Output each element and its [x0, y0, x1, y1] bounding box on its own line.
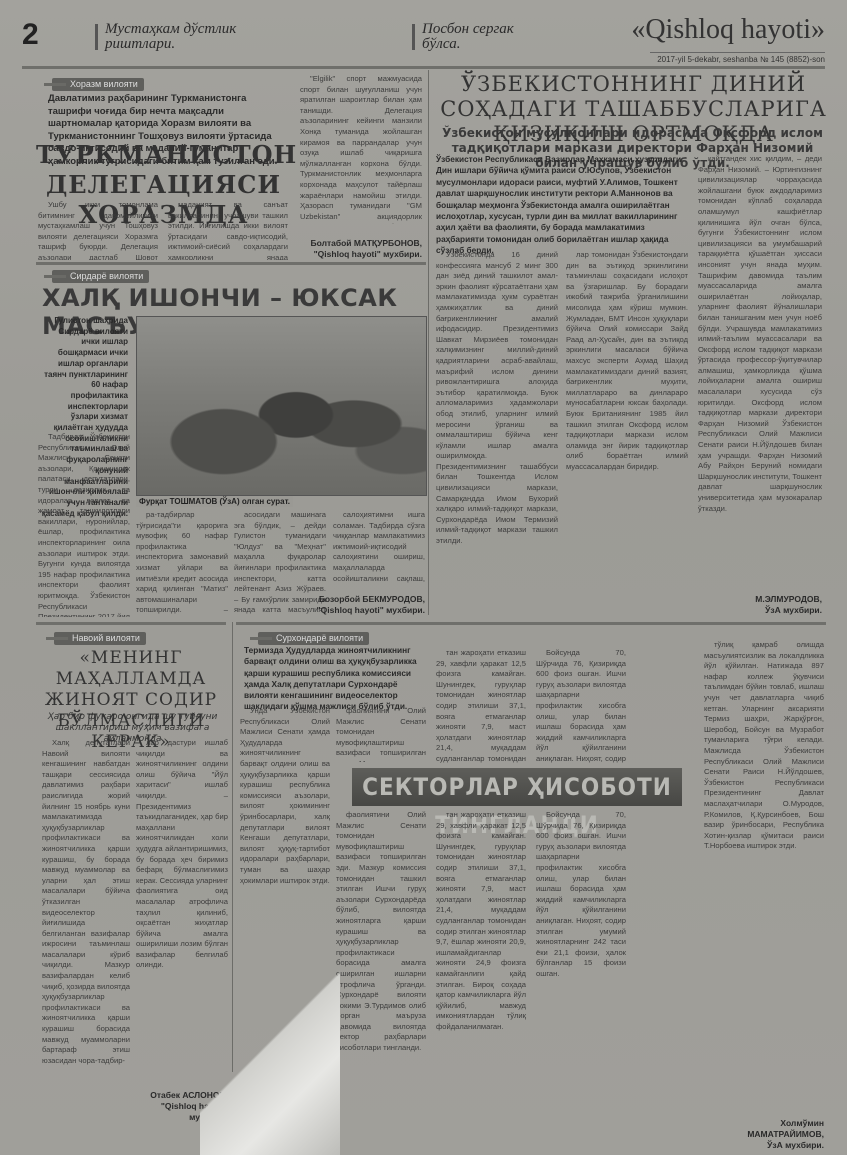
- teaser-link-guard[interactable]: Посбон сергак бўлса.: [412, 22, 522, 52]
- page-number: 2: [22, 18, 39, 52]
- article-byline: Бозорбой БЕКМУРОДОВ, "Qishloq hayoti" му…: [300, 594, 425, 616]
- article-column: ра-тадбирлар тўғрисида"ги қарорига мувоф…: [136, 510, 228, 615]
- article-byline: Болтабой МАТҚУРБОНОВ, "Qishloq hayoti" м…: [300, 238, 422, 260]
- article-text: Бойсунда 70, Шўрчида 76, Қизириқда 600 ф…: [536, 648, 626, 763]
- article-text: маданият ва санъат вакилларининг учрашув…: [168, 200, 288, 260]
- article-column: тан жароҳати етказиш 29, хавфли ҳаракат …: [436, 810, 526, 1110]
- article-text: тўлиқ қамраб олишда масъулиятсизлик ва л…: [704, 640, 824, 852]
- newspaper-title: «Qishloq hayoti»: [631, 14, 825, 46]
- teaser-text: Посбон сергак бўлса.: [422, 21, 514, 52]
- article-text: Тадбирда Ўзбекистон Республикаси Олий Ма…: [38, 432, 130, 617]
- article-text: Унда Ўзбекистон Республикаси Олий Мажлис…: [240, 706, 330, 886]
- article-text: Халқ депутатлари Навоий вилояти кенгашин…: [42, 738, 130, 1066]
- issue-date-line: 2017-yil 5-dekabr, seshanba № 145 (8852)…: [650, 52, 825, 64]
- article-text: "Elgilik" спорт мажмуасида спорт билан ш…: [300, 74, 422, 224]
- article-text: Ушбу икки томонлама битимнинг давомийлиг…: [38, 200, 158, 260]
- byline-role: "Qishloq hayoti" мухбири.: [300, 605, 425, 616]
- byline-role: ЎзА мухбири.: [704, 1140, 824, 1151]
- article-text: тан жароҳати етказиш 29, хавфли ҳаракат …: [436, 810, 526, 1032]
- teaser-text: Мустаҳкам дўстлик риштлари.: [105, 21, 236, 52]
- article-column: Тадбирда Ўзбекистон Республикаси Олий Ма…: [38, 432, 130, 617]
- article-byline: М.ЭЛМУРОДОВ, ЎзА мухбири.: [698, 594, 822, 616]
- byline-author: Бозорбой БЕКМУРОДОВ,: [300, 594, 425, 605]
- article-photo: [136, 316, 427, 496]
- article-column: тан жароҳати етказиш 29, хавфли ҳаракат …: [436, 648, 526, 763]
- byline-role: ЎзА мухбири.: [698, 605, 822, 616]
- section-tag-syrdarya: Сирдарё вилояти: [52, 270, 149, 283]
- article-column: фаолиятини Олий Мажлис Сенати томонидан …: [336, 810, 426, 1110]
- article-text: тан жароҳати етказиш 29, хавфли ҳаракат …: [436, 648, 526, 763]
- article-text: салоҳиятимни ишга соламан. Тадбирда сўзг…: [333, 510, 425, 585]
- article-text: Бойсунда 70, Шўрчида 76, Қизириқда 600 ф…: [536, 810, 626, 980]
- article-lead-religion: Ўзбекистон Республикаси Вазирлар Маҳкама…: [436, 154, 692, 257]
- article-column: тўлиқ қамраб олишда масъулиятсизлик ва л…: [704, 640, 824, 1110]
- headline-banner-surkhandarya: СЕКТОРЛАР ҲИСОБОТИ ТИНГЛАНДИ: [352, 768, 682, 806]
- article-column: Халқ депутатлари Навоий вилояти кенгашин…: [42, 738, 130, 1113]
- section-divider: [36, 262, 426, 265]
- article-text: қайтгандек хис қилдим, – деди Фарҳан Низ…: [698, 154, 822, 514]
- article-text: Ўзбекистонда 16 диний конфессияга мансуб…: [436, 250, 558, 547]
- article-text: фаолиятини Олий Мажлис Сенати томонидан …: [336, 810, 426, 1054]
- article-text: лар томонидан Ўзбекистондаги дин ва эъти…: [566, 250, 688, 472]
- article-lead-surkhandarya: Термизда Ҳудудларда жиноятчиликнинг барв…: [244, 645, 424, 713]
- byline-author: М.ЭЛМУРОДОВ,: [698, 594, 822, 605]
- teaser-link-friendship[interactable]: Мустаҳкам дўстлик риштлари.: [95, 22, 245, 52]
- article-byline: Холмўмин МАМАТРАЙИМОВ, ЎзА мухбири.: [704, 1118, 824, 1151]
- section-tag-surkhandarya: Сурхондарё вилояти: [258, 632, 369, 645]
- article-column: маданият ва санъат вакилларининг учрашув…: [168, 200, 288, 260]
- article-column: салоҳиятимни ишга соламан. Тадбирда сўзг…: [333, 510, 425, 585]
- page-fold-shadow: [200, 960, 340, 1155]
- masthead-divider: [22, 66, 825, 69]
- byline-author: Болтабой МАТҚУРБОНОВ,: [300, 238, 422, 249]
- article-column: Ўзбекистонда 16 диний конфессияга мансуб…: [436, 250, 558, 610]
- article-column: қайтгандек хис қилдим, – деди Фарҳан Низ…: [698, 154, 822, 574]
- byline-role: "Qishloq hayoti" мухбири.: [300, 249, 422, 260]
- article-text: лар дастури ишлаб чиқилди ва жиноятчилик…: [136, 738, 228, 971]
- article-column: фаолиятини Олий Мажлис Сенати томонидан …: [336, 706, 426, 762]
- article-column: Бойсунда 70, Шўрчида 76, Қизириқда 600 ф…: [536, 810, 626, 1110]
- byline-author: Холмўмин МАМАТРАЙИМОВ,: [704, 1118, 824, 1140]
- article-text: фаолиятини Олий Мажлис Сенати томонидан …: [336, 706, 426, 762]
- section-tag-khorezm: Хоразм вилояти: [52, 78, 144, 91]
- section-tag-navoi: Навоий вилояти: [54, 632, 146, 645]
- article-column: Ушбу икки томонлама битимнинг давомийлиг…: [38, 200, 158, 260]
- masthead: 2 Мустаҳкам дўстлик риштлари. Посбон сер…: [0, 0, 847, 66]
- column-divider: [428, 70, 429, 615]
- section-divider: [236, 622, 826, 625]
- article-text: ра-тадбирлар тўғрисида"ги қарорига мувоф…: [136, 510, 228, 615]
- photo-caption: Фурқат ТОШМАТОВ (ЎзА) олган сурат.: [136, 496, 293, 507]
- article-column: "Elgilik" спорт мажмуасида спорт билан ш…: [300, 74, 422, 224]
- article-column: Бойсунда 70, Шўрчида 76, Қизириқда 600 ф…: [536, 648, 626, 763]
- article-column: лар томонидан Ўзбекистондаги дин ва эъти…: [566, 250, 688, 610]
- newspaper-page: 2 Мустаҳкам дўстлик риштлари. Посбон сер…: [0, 0, 847, 1155]
- section-divider: [36, 622, 226, 625]
